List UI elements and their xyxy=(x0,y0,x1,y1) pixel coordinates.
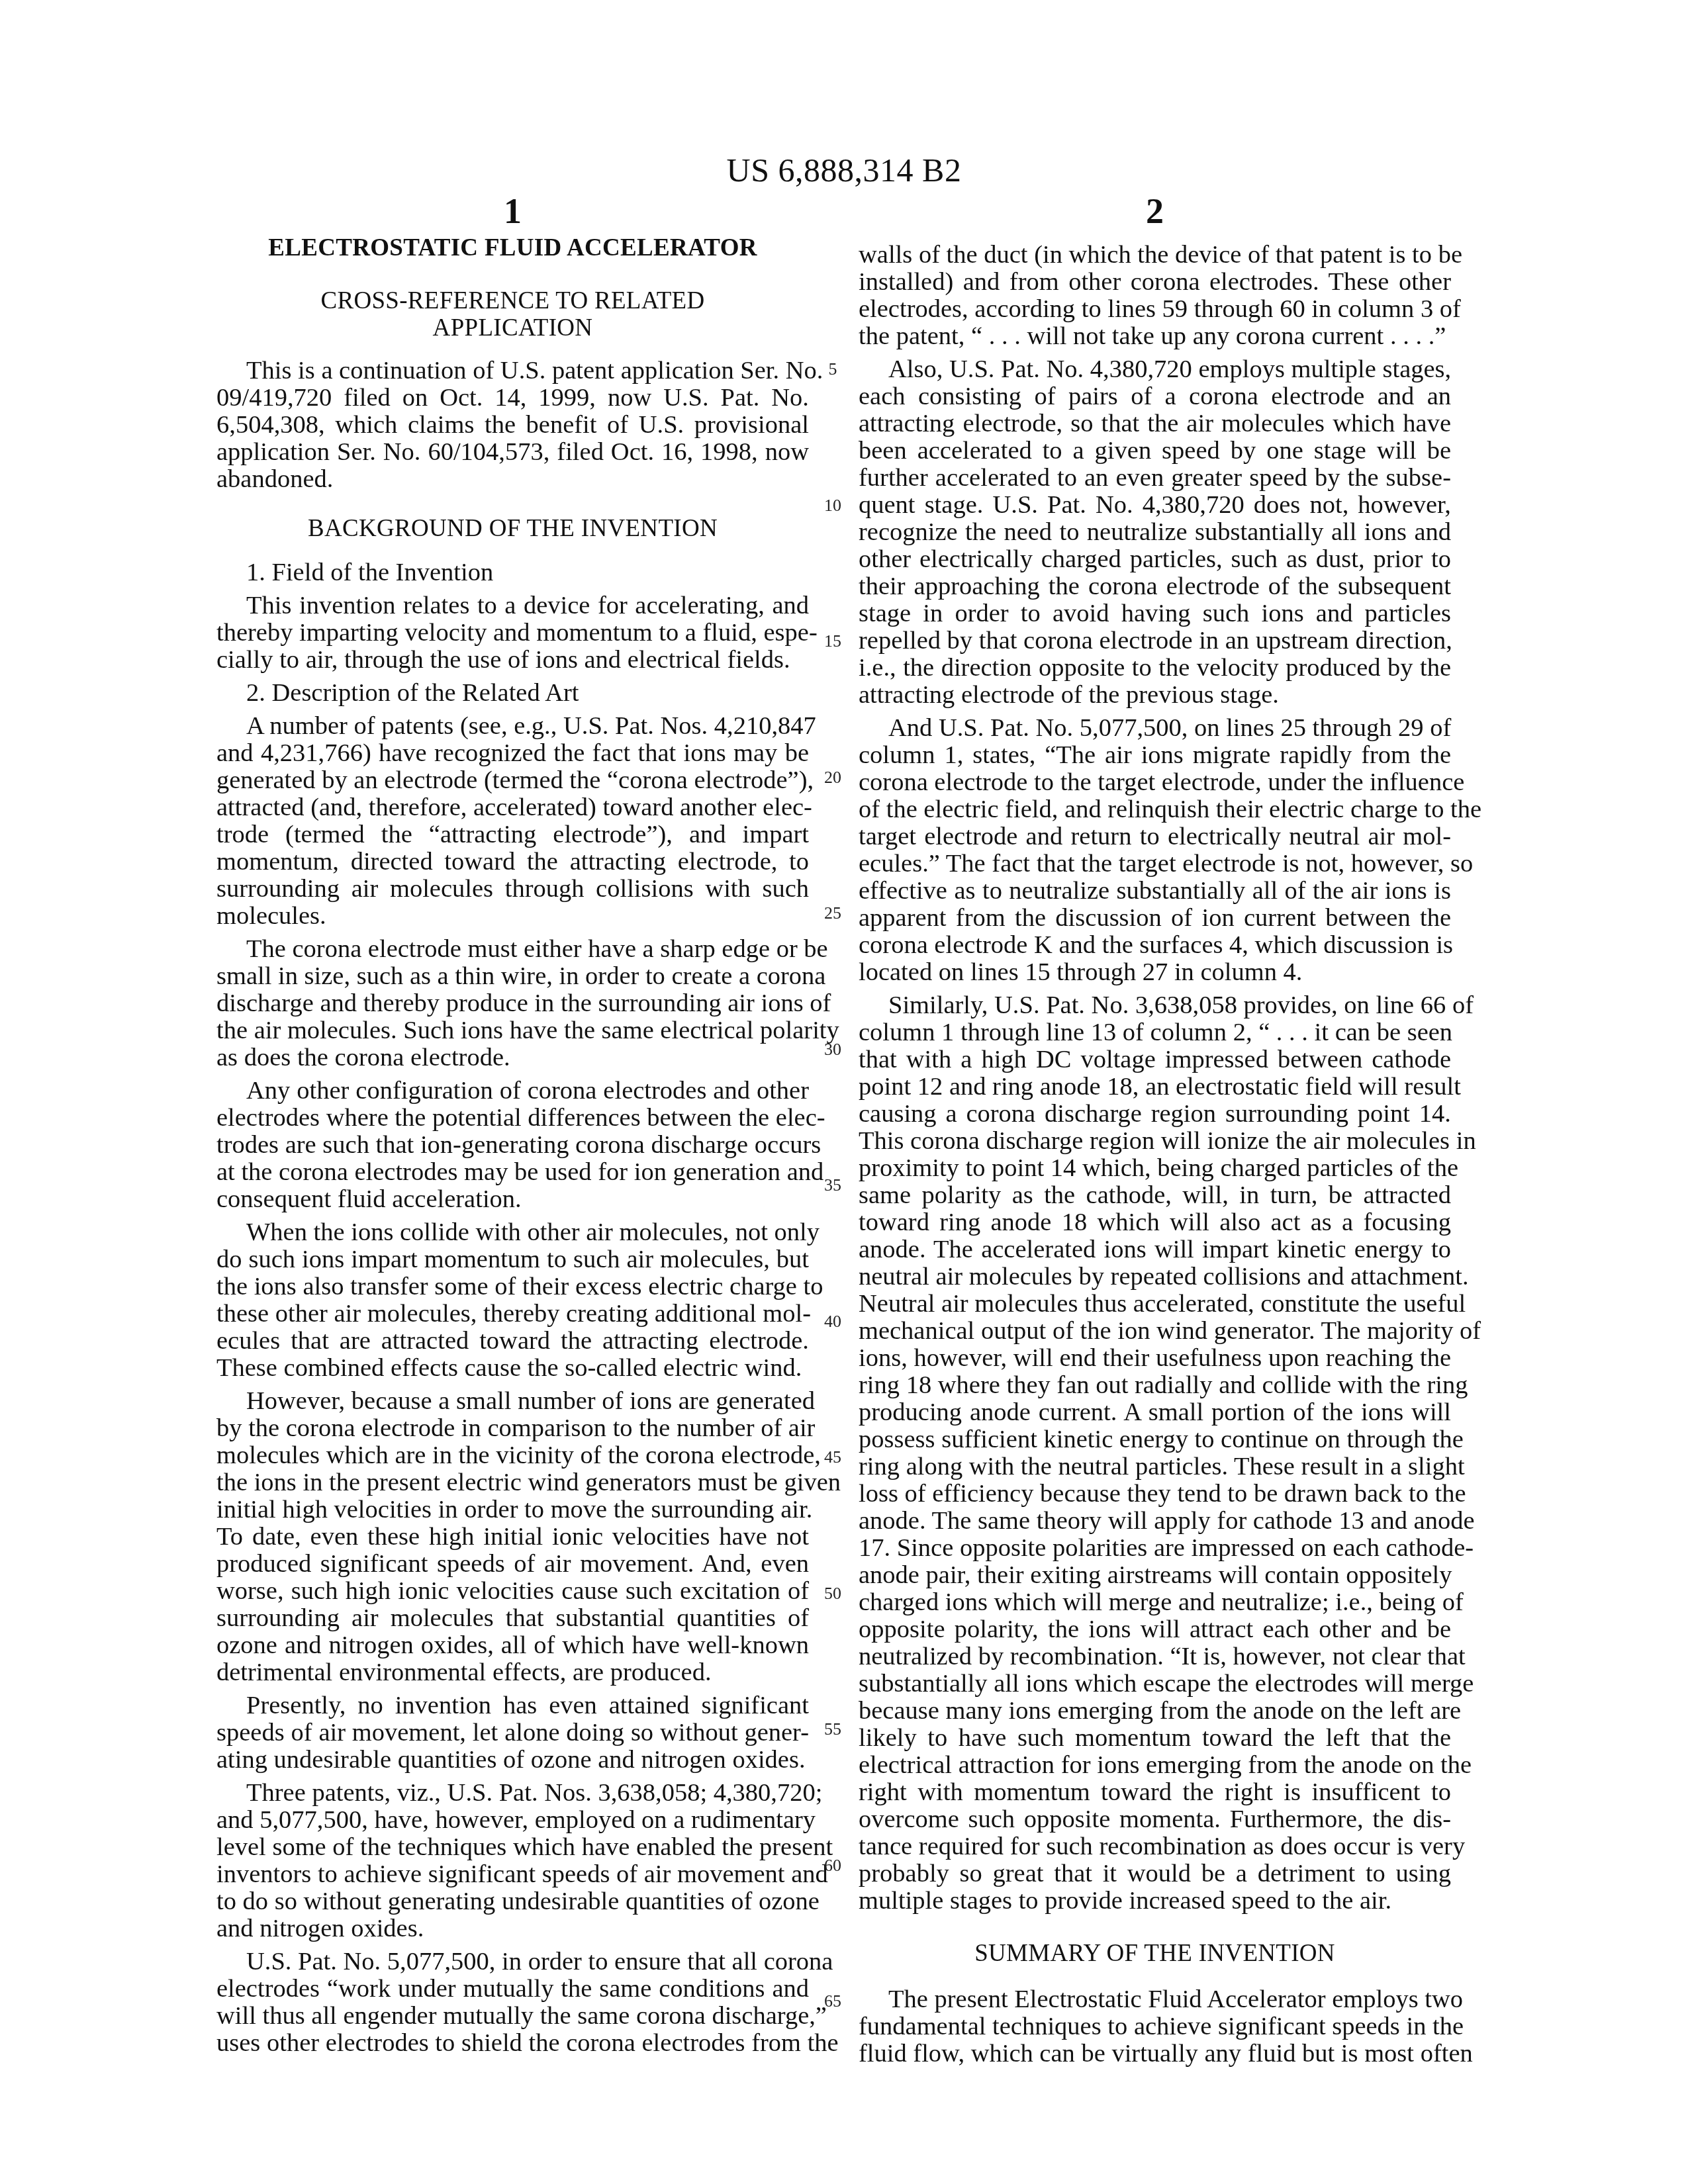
column-number-left: 1 xyxy=(216,193,809,229)
text-line: And U.S. Pat. No. 5,077,500, on lines 25… xyxy=(859,715,1451,742)
section-heading-cross-reference: CROSS-REFERENCE TO RELATEDAPPLICATION xyxy=(216,287,809,341)
text-line: apparent from the discussion of ion curr… xyxy=(859,905,1451,932)
text-line: the ions in the present electric wind ge… xyxy=(216,1469,809,1496)
text-line: and 5,077,500, have, however, employed o… xyxy=(216,1807,809,1834)
text-line: recognize the need to neutralize substan… xyxy=(859,519,1451,546)
text-line: trodes are such that ion-generating coro… xyxy=(216,1132,809,1159)
text-line: This is a continuation of U.S. patent ap… xyxy=(216,357,809,385)
text-line: momentum, directed toward the attracting… xyxy=(216,848,809,876)
text-line: do such ions impart momentum to such air… xyxy=(216,1246,809,1273)
text-line: and 4,231,766) have recognized the fact … xyxy=(216,740,809,767)
text-line: inventors to achieve significant speeds … xyxy=(216,1861,809,1888)
text-line: toward ring anode 18 which will also act… xyxy=(859,1209,1451,1236)
text-line: anode. The same theory will apply for ca… xyxy=(859,1508,1451,1535)
text-line: electrodes “work under mutually the same… xyxy=(216,1976,809,2003)
text-line: right with momentum toward the right is … xyxy=(859,1779,1451,1806)
text-line: 09/419,720 filed on Oct. 14, 1999, now U… xyxy=(216,385,809,412)
text-line: causing a corona discharge region surrou… xyxy=(859,1101,1451,1128)
text-line: uses other electrodes to shield the coro… xyxy=(216,2030,809,2057)
text-line: speeds of air movement, let alone doing … xyxy=(216,1719,809,1747)
text-line: stage in order to avoid having such ions… xyxy=(859,600,1451,627)
text-line: fluid flow, which can be virtually any f… xyxy=(859,2040,1451,2068)
text-line: When the ions collide with other air mol… xyxy=(216,1219,809,1246)
text-line: electrodes where the potential differenc… xyxy=(216,1105,809,1132)
related-art-paragraph: The corona electrode must either have a … xyxy=(216,936,809,1071)
text-line: been accelerated to a given speed by one… xyxy=(859,437,1451,465)
related-art-paragraph: A number of patents (see, e.g., U.S. Pat… xyxy=(216,713,809,930)
field-paragraph: This invention relates to a device for a… xyxy=(216,592,809,674)
text-line: Any other configuration of corona electr… xyxy=(216,1077,809,1105)
text-line: as does the corona electrode. xyxy=(216,1044,809,1071)
text-line: same polarity as the cathode, will, in t… xyxy=(859,1182,1451,1209)
text-line: walls of the duct (in which the device o… xyxy=(859,242,1451,269)
text-line: column 1, states, “The air ions migrate … xyxy=(859,742,1451,769)
text-line: ring 18 where they fan out radially and … xyxy=(859,1372,1451,1399)
text-line: ring along with the neutral particles. T… xyxy=(859,1453,1451,1480)
text-line: these other air molecules, thereby creat… xyxy=(216,1300,809,1328)
related-art-paragraph: Also, U.S. Pat. No. 4,380,720 employs mu… xyxy=(859,356,1451,709)
line-number: 25 xyxy=(818,905,847,922)
text-line: This invention relates to a device for a… xyxy=(216,592,809,619)
right-column: walls of the duct (in which the device o… xyxy=(859,242,1451,2068)
text-line: proximity to point 14 which, being charg… xyxy=(859,1155,1451,1182)
line-number: 40 xyxy=(818,1313,847,1330)
text-line: application Ser. No. 60/104,573, filed O… xyxy=(216,439,809,466)
text-line: the air molecules. Such ions have the sa… xyxy=(216,1017,809,1044)
text-line: column 1 through line 13 of column 2, “ … xyxy=(859,1019,1451,1046)
text-line: multiple stages to provide increased spe… xyxy=(859,1888,1451,1915)
text-line: neutral air molecules by repeated collis… xyxy=(859,1263,1451,1291)
summary-paragraph: The present Electrostatic Fluid Accelera… xyxy=(859,1986,1451,2068)
subheading-related-art: 2. Description of the Related Art xyxy=(216,680,809,707)
heading-line: APPLICATION xyxy=(216,314,809,341)
text-line: likely to have such momentum toward the … xyxy=(859,1725,1451,1752)
related-art-paragraph: Three patents, viz., U.S. Pat. Nos. 3,63… xyxy=(216,1780,809,1942)
section-heading-background: BACKGROUND OF THE INVENTION xyxy=(216,515,809,542)
text-line: ating undesirable quantities of ozone an… xyxy=(216,1747,809,1774)
column-number-right: 2 xyxy=(859,193,1451,229)
text-line: mechanical output of the ion wind genera… xyxy=(859,1318,1451,1345)
text-line: detrimental environmental effects, are p… xyxy=(216,1659,809,1686)
text-line: attracting electrode of the previous sta… xyxy=(859,682,1451,709)
heading-line: CROSS-REFERENCE TO RELATED xyxy=(216,287,809,314)
text-line: charged ions which will merge and neutra… xyxy=(859,1589,1451,1616)
text-line: small in size, such as a thin wire, in o… xyxy=(216,963,809,990)
text-line: tance required for such recombination as… xyxy=(859,1833,1451,1860)
patent-number-header: US 6,888,314 B2 xyxy=(0,154,1688,187)
text-line: produced significant speeds of air movem… xyxy=(216,1551,809,1578)
related-art-paragraph: U.S. Pat. No. 5,077,500, in order to ens… xyxy=(216,1948,809,2057)
text-line: the ions also transfer some of their exc… xyxy=(216,1273,809,1300)
text-line: corona electrode K and the surfaces 4, w… xyxy=(859,932,1451,959)
related-art-paragraph: walls of the duct (in which the device o… xyxy=(859,242,1451,350)
text-line: level some of the techniques which have … xyxy=(216,1834,809,1861)
text-line: quent stage. U.S. Pat. No. 4,380,720 doe… xyxy=(859,492,1451,519)
text-line: Presently, no invention has even attaine… xyxy=(216,1692,809,1719)
text-line: Neutral air molecules thus accelerated, … xyxy=(859,1291,1451,1318)
text-line: A number of patents (see, e.g., U.S. Pat… xyxy=(216,713,809,740)
text-line: anode. The accelerated ions will impart … xyxy=(859,1236,1451,1263)
text-line: fundamental techniques to achieve signif… xyxy=(859,2013,1451,2040)
text-line: trode (termed the “attracting electrode”… xyxy=(216,821,809,848)
line-number: 50 xyxy=(818,1585,847,1602)
text-line: U.S. Pat. No. 5,077,500, in order to ens… xyxy=(216,1948,809,1976)
text-line: Similarly, U.S. Pat. No. 3,638,058 provi… xyxy=(859,992,1451,1019)
patent-page: US 6,888,314 B2 1 2 ELECTROSTATIC FLUID … xyxy=(0,0,1688,2184)
text-line: by the corona electrode in comparison to… xyxy=(216,1415,809,1442)
section-heading-summary: SUMMARY OF THE INVENTION xyxy=(859,1940,1451,1967)
text-line: molecules which are in the vicinity of t… xyxy=(216,1442,809,1469)
text-line: of the electric field, and relinquish th… xyxy=(859,796,1451,823)
text-line: i.e., the direction opposite to the velo… xyxy=(859,655,1451,682)
text-line: opposite polarity, the ions will attract… xyxy=(859,1616,1451,1643)
text-line: their approaching the corona electrode o… xyxy=(859,573,1451,600)
text-line: ecules.” The fact that the target electr… xyxy=(859,850,1451,878)
line-number: 65 xyxy=(818,1993,847,2010)
text-line: overcome such opposite momenta. Furtherm… xyxy=(859,1806,1451,1833)
text-line: the patent, “ . . . will not take up any… xyxy=(859,323,1451,350)
line-number: 55 xyxy=(818,1721,847,1738)
text-line: However, because a small number of ions … xyxy=(216,1388,809,1415)
text-line: possess sufficient kinetic energy to con… xyxy=(859,1426,1451,1453)
text-line: other electrically charged particles, su… xyxy=(859,546,1451,573)
line-number: 5 xyxy=(818,361,847,378)
text-line: substantially all ions which escape the … xyxy=(859,1670,1451,1698)
line-number: 45 xyxy=(818,1449,847,1466)
text-line: located on lines 15 through 27 in column… xyxy=(859,959,1451,986)
line-number: 35 xyxy=(818,1177,847,1194)
text-line: electrical attraction for ions emerging … xyxy=(859,1752,1451,1779)
text-line: generated by an electrode (termed the “c… xyxy=(216,767,809,794)
text-line: 17. Since opposite polarities are impres… xyxy=(859,1535,1451,1562)
text-line: target electrode and return to electrica… xyxy=(859,823,1451,850)
text-line: because many ions emerging from the anod… xyxy=(859,1698,1451,1725)
text-line: To date, even these high initial ionic v… xyxy=(216,1524,809,1551)
related-art-paragraph: And U.S. Pat. No. 5,077,500, on lines 25… xyxy=(859,715,1451,986)
related-art-paragraph: When the ions collide with other air mol… xyxy=(216,1219,809,1382)
line-number: 60 xyxy=(818,1857,847,1874)
text-line: corona electrode to the target electrode… xyxy=(859,769,1451,796)
text-line: initial high velocities in order to move… xyxy=(216,1496,809,1524)
text-line: ions, however, will end their usefulness… xyxy=(859,1345,1451,1372)
line-number: 30 xyxy=(818,1041,847,1058)
text-line: and nitrogen oxides. xyxy=(216,1915,809,1942)
text-line: anode pair, their exiting airstreams wil… xyxy=(859,1562,1451,1589)
text-line: that with a high DC voltage impressed be… xyxy=(859,1046,1451,1073)
document-title: ELECTROSTATIC FLUID ACCELERATOR xyxy=(216,234,809,261)
text-line: neutralized by recombination. “It is, ho… xyxy=(859,1643,1451,1670)
text-line: surrounding air molecules through collis… xyxy=(216,876,809,903)
text-line: worse, such high ionic velocities cause … xyxy=(216,1578,809,1605)
text-line: effective as to neutralize substantially… xyxy=(859,878,1451,905)
text-line: abandoned. xyxy=(216,466,809,493)
line-number: 10 xyxy=(818,497,847,514)
text-line: Three patents, viz., U.S. Pat. Nos. 3,63… xyxy=(216,1780,809,1807)
text-line: at the corona electrodes may be used for… xyxy=(216,1159,809,1186)
text-line: loss of efficiency because they tend to … xyxy=(859,1480,1451,1508)
text-line: The present Electrostatic Fluid Accelera… xyxy=(859,1986,1451,2013)
text-line: Also, U.S. Pat. No. 4,380,720 employs mu… xyxy=(859,356,1451,383)
text-line: producing anode current. A small portion… xyxy=(859,1399,1451,1426)
cross-reference-paragraph: This is a continuation of U.S. patent ap… xyxy=(216,357,809,493)
text-line: ecules that are attracted toward the att… xyxy=(216,1328,809,1355)
related-art-paragraph: Presently, no invention has even attaine… xyxy=(216,1692,809,1774)
text-line: These combined effects cause the so-call… xyxy=(216,1355,809,1382)
text-line: point 12 and ring anode 18, an electrost… xyxy=(859,1073,1451,1101)
related-art-paragraph: Similarly, U.S. Pat. No. 3,638,058 provi… xyxy=(859,992,1451,1915)
text-line: discharge and thereby produce in the sur… xyxy=(216,990,809,1017)
text-line: consequent fluid acceleration. xyxy=(216,1186,809,1213)
text-line: 6,504,308, which claims the benefit of U… xyxy=(216,412,809,439)
text-line: installed) and from other corona electro… xyxy=(859,269,1451,296)
text-line: further accelerated to an even greater s… xyxy=(859,465,1451,492)
text-line: probably so great that it would be a det… xyxy=(859,1860,1451,1888)
text-line: cially to air, through the use of ions a… xyxy=(216,647,809,674)
text-line: molecules. xyxy=(216,903,809,930)
text-line: repelled by that corona electrode in an … xyxy=(859,627,1451,655)
text-line: attracting electrode, so that the air mo… xyxy=(859,410,1451,437)
text-line: attracted (and, therefore, accelerated) … xyxy=(216,794,809,821)
text-line: ozone and nitrogen oxides, all of which … xyxy=(216,1632,809,1659)
text-line: thereby imparting velocity and momentum … xyxy=(216,619,809,647)
line-number: 20 xyxy=(818,769,847,786)
related-art-paragraph: However, because a small number of ions … xyxy=(216,1388,809,1686)
text-line: electrodes, according to lines 59 throug… xyxy=(859,296,1451,323)
related-art-paragraph: Any other configuration of corona electr… xyxy=(216,1077,809,1213)
text-line: each consisting of pairs of a corona ele… xyxy=(859,383,1451,410)
left-column: ELECTROSTATIC FLUID ACCELERATORCROSS-REF… xyxy=(216,234,809,2057)
text-line: The corona electrode must either have a … xyxy=(216,936,809,963)
line-number: 15 xyxy=(818,633,847,650)
text-line: will thus all engender mutually the same… xyxy=(216,2003,809,2030)
text-line: to do so without generating undesirable … xyxy=(216,1888,809,1915)
text-line: surrounding air molecules that substanti… xyxy=(216,1605,809,1632)
subheading-field: 1. Field of the Invention xyxy=(216,559,809,586)
text-line: This corona discharge region will ionize… xyxy=(859,1128,1451,1155)
